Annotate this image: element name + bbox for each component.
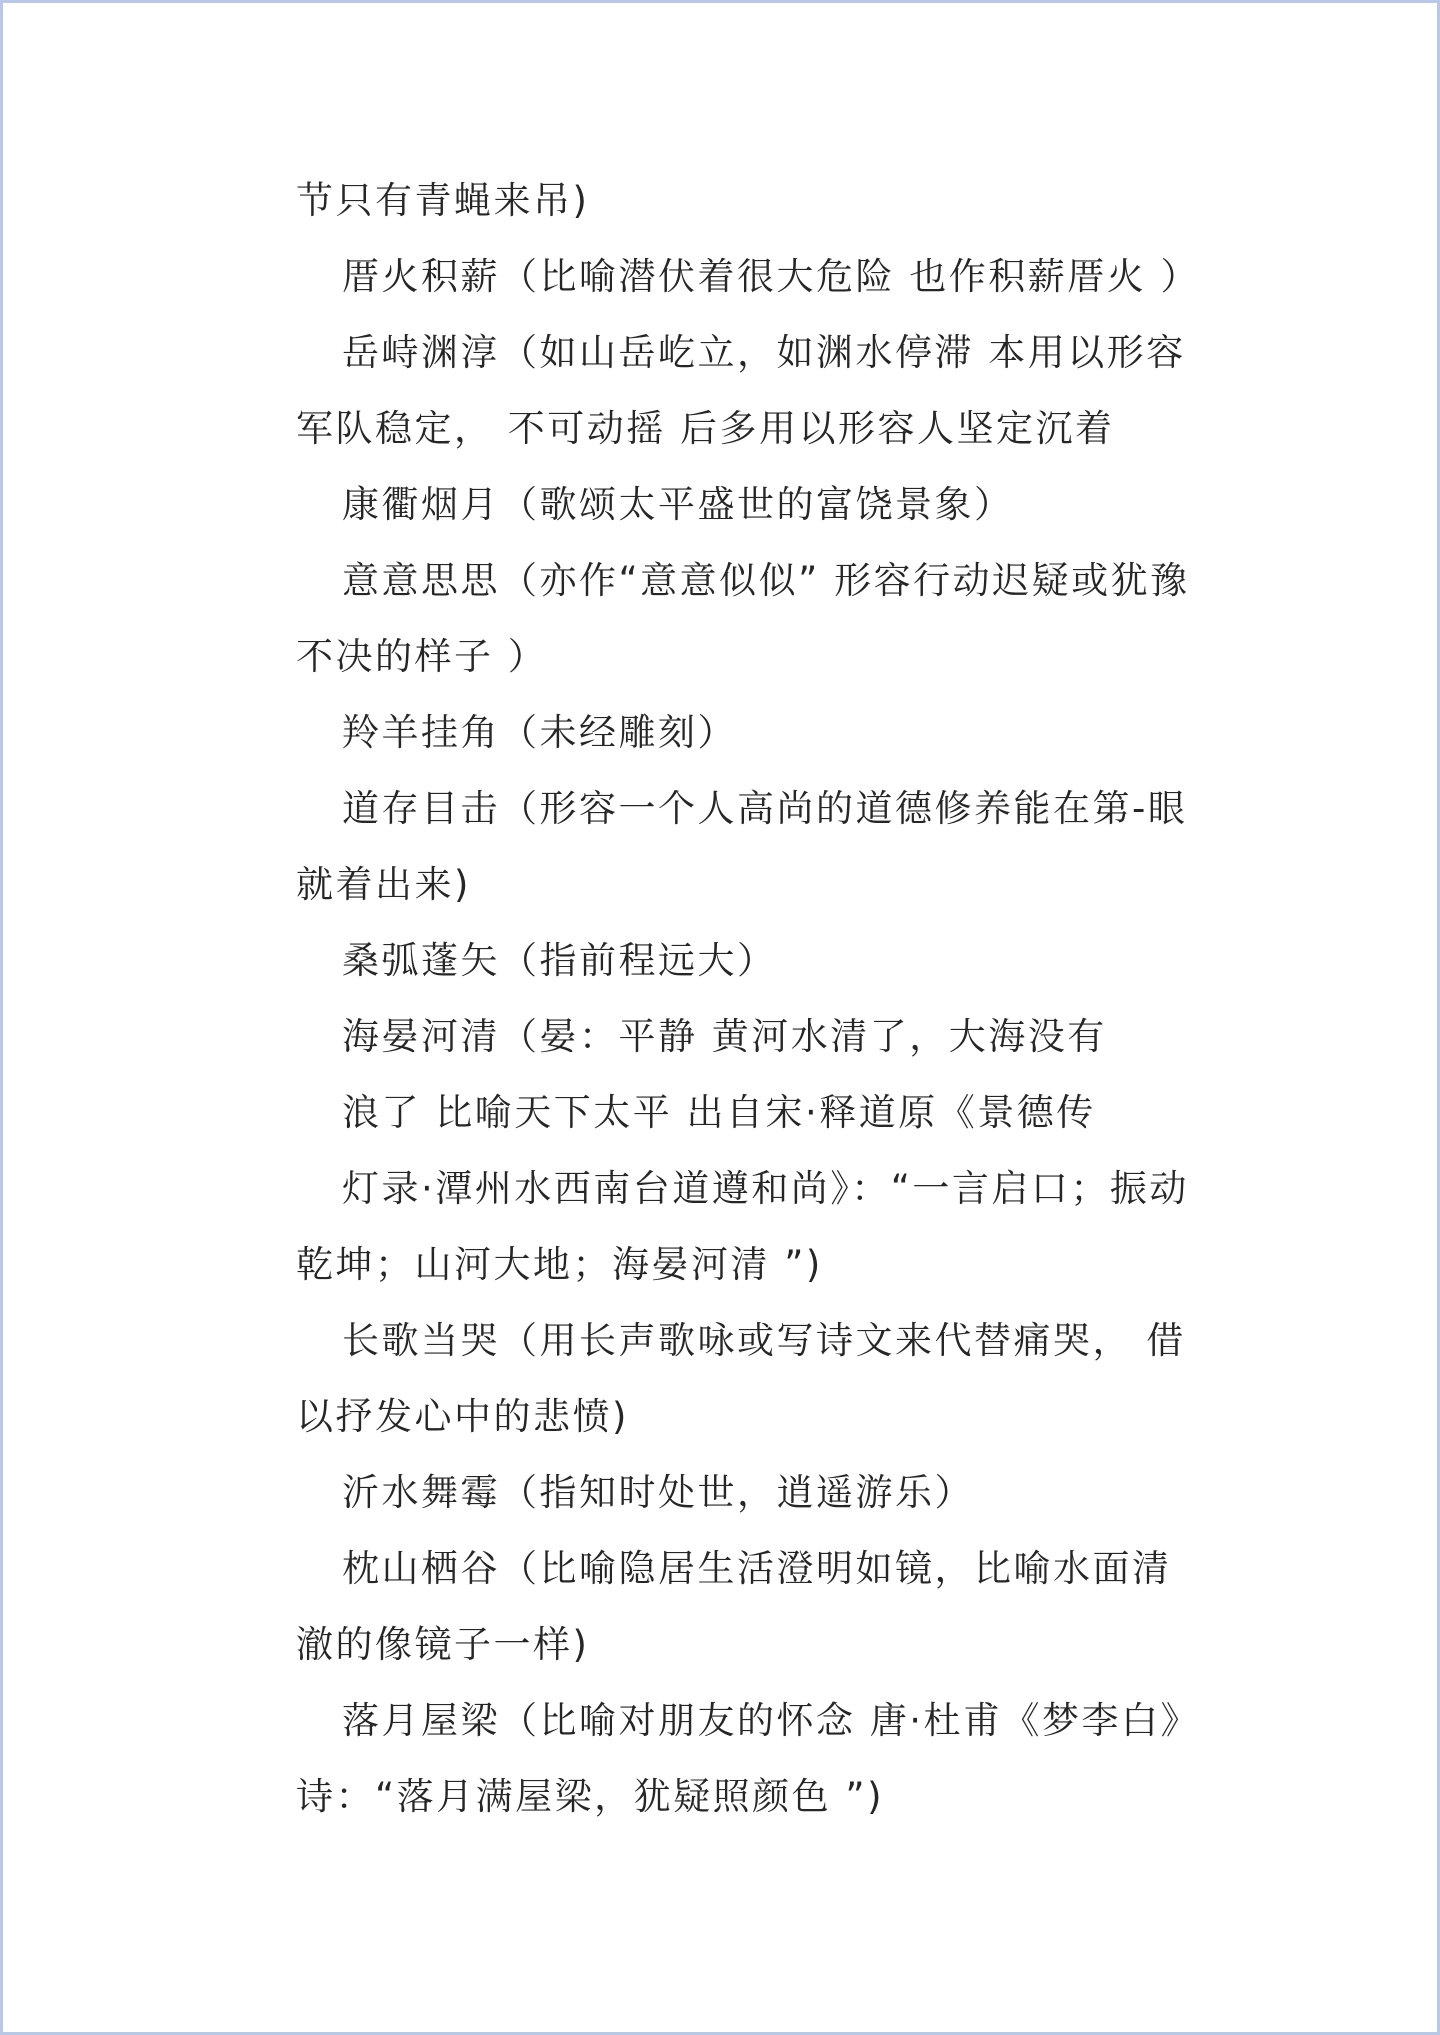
text-line: 沂水舞霉（指知时处世，逍遥游乐） [296,1455,1166,1531]
text-line: 道存目击（形容一个人高尚的道德修养能在第-眼 [296,771,1166,847]
text-line: 乾坤；山河大地；海晏河清 ”) [296,1227,1166,1303]
text-line: 节只有青蝇来吊) [296,163,1166,239]
text-line: 不决的样子 ） [296,619,1166,695]
text-line: 枕山栖谷（比喻隐居生活澄明如镜，比喻水面清 [296,1531,1166,1607]
text-line: 落月屋梁（比喻对朋友的怀念 唐·杜甫《梦李白》 [296,1683,1166,1759]
text-line: 军队稳定， 不可动摇 后多用以形容人坚定沉着 [296,391,1166,467]
text-line: 以抒发心中的悲愤) [296,1379,1166,1455]
document-page: 节只有青蝇来吊)厝火积薪（比喻潜伏着很大危险 也作积薪厝火 ）岳峙渊淳（如山岳屹… [0,0,1440,2035]
text-line: 桑弧蓬矢（指前程远大） [296,923,1166,999]
text-line: 岳峙渊淳（如山岳屹立，如渊水停滞 本用以形容 [296,315,1166,391]
text-line: 厝火积薪（比喻潜伏着很大危险 也作积薪厝火 ） [296,239,1166,315]
text-line: 长歌当哭（用长声歌咏或写诗文来代替痛哭， 借 [296,1303,1166,1379]
text-line: 海晏河清（晏：平静 黄河水清了，大海没有 [296,999,1166,1075]
text-line: 澈的像镜子一样) [296,1607,1166,1683]
text-line: 康衢烟月（歌颂太平盛世的富饶景象） [296,467,1166,543]
text-line: 诗：“落月满屋梁，犹疑照颜色 ”) [296,1759,1166,1835]
text-line: 意意思思（亦作“意意似似” 形容行动迟疑或犹豫 [296,543,1166,619]
text-line: 就着出来) [296,847,1166,923]
text-line: 灯录·潭州水西南台道遵和尚》：“一言启口；振动 [296,1151,1166,1227]
text-block: 节只有青蝇来吊)厝火积薪（比喻潜伏着很大危险 也作积薪厝火 ）岳峙渊淳（如山岳屹… [296,163,1166,1835]
text-line: 羚羊挂角（未经雕刻） [296,695,1166,771]
text-line: 浪了 比喻天下太平 出自宋·释道原《景德传 [296,1075,1166,1151]
